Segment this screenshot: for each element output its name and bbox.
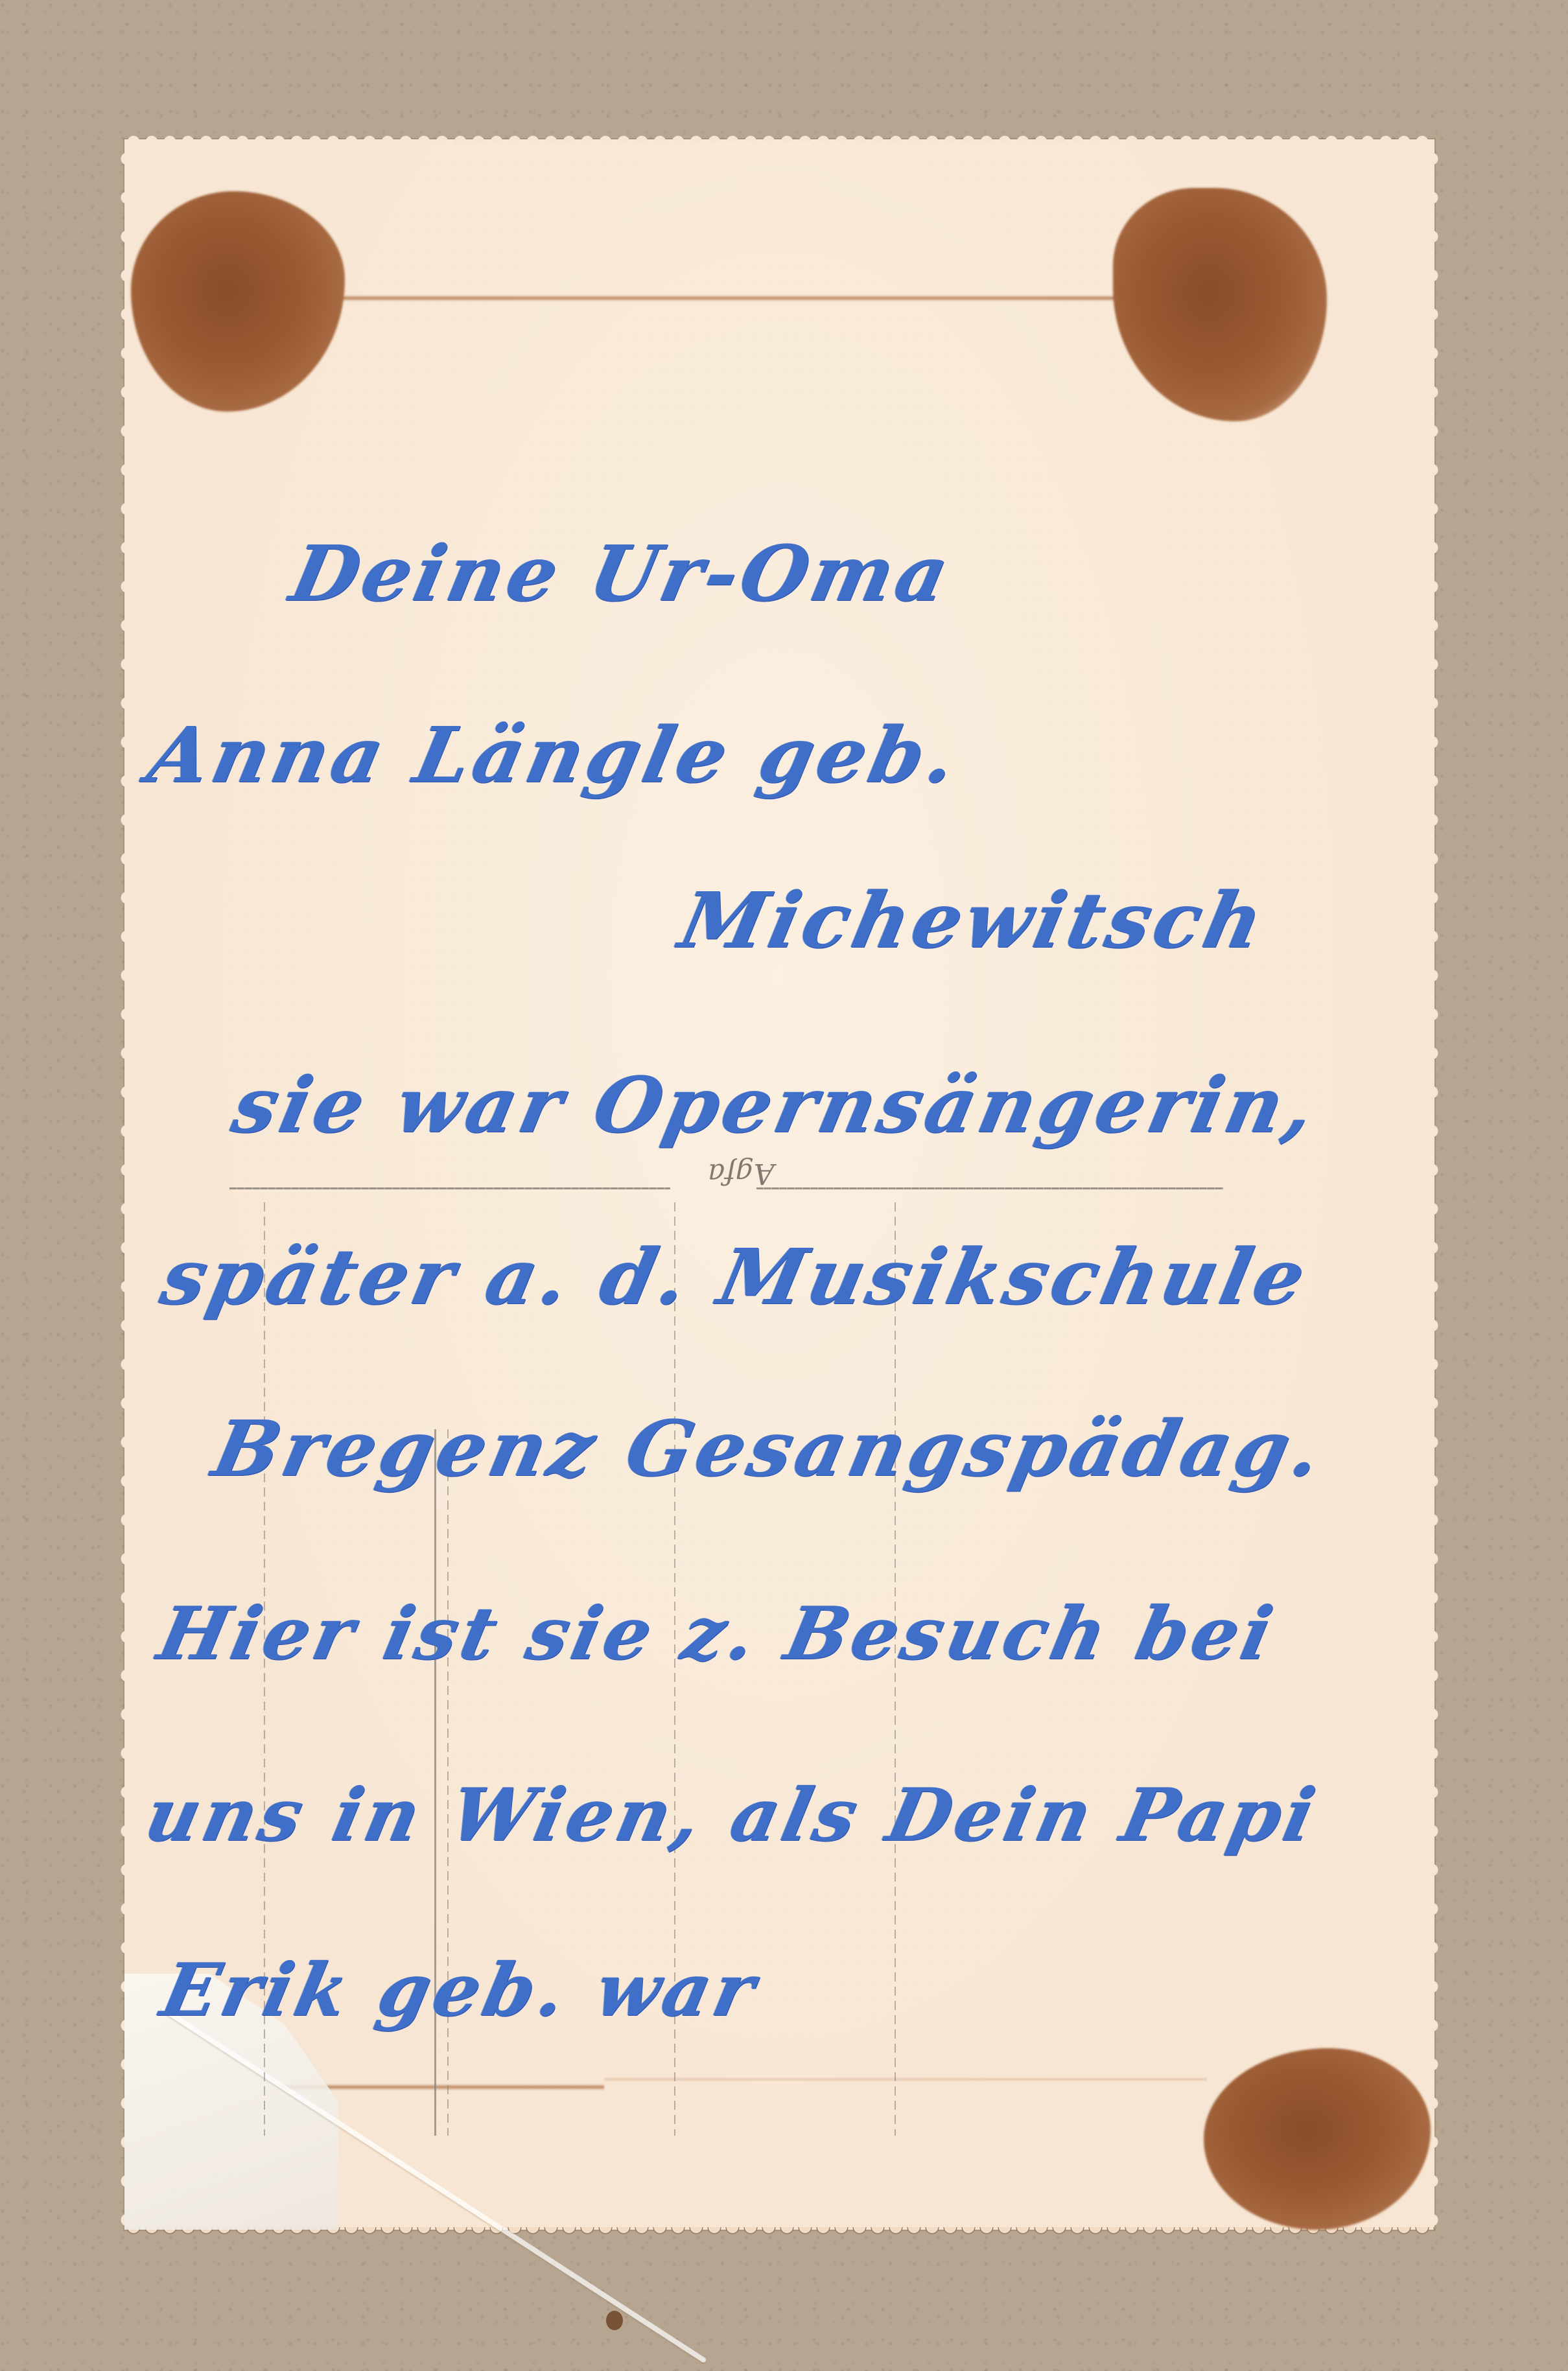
handwritten-line: später a. d. Musikschule [154,1232,1316,1322]
debris-speck [606,2311,623,2330]
handwritten-line: Michewitsch [672,875,1274,965]
handwritten-line: uns in Wien, als Dein Papi [138,1773,1326,1858]
handwritten-line: Hier ist sie z. Besuch bei [151,1591,1283,1676]
handwritten-line: Anna Längle geb. [141,710,968,800]
handwritten-message: Deine Ur-Oma Anna Längle geb. Michewitsc… [124,139,1434,2230]
handwritten-line: Bregenz Gesangspädag. [205,1403,1333,1493]
handwritten-line: Deine Ur-Oma [283,528,960,618]
handwritten-line: Erik geb. war [154,1948,766,2033]
postcard: Agfa Deine Ur-Oma Anna Längle geb. Miche… [124,139,1434,2230]
handwritten-line: sie war Opernsängerin, [225,1060,1326,1150]
